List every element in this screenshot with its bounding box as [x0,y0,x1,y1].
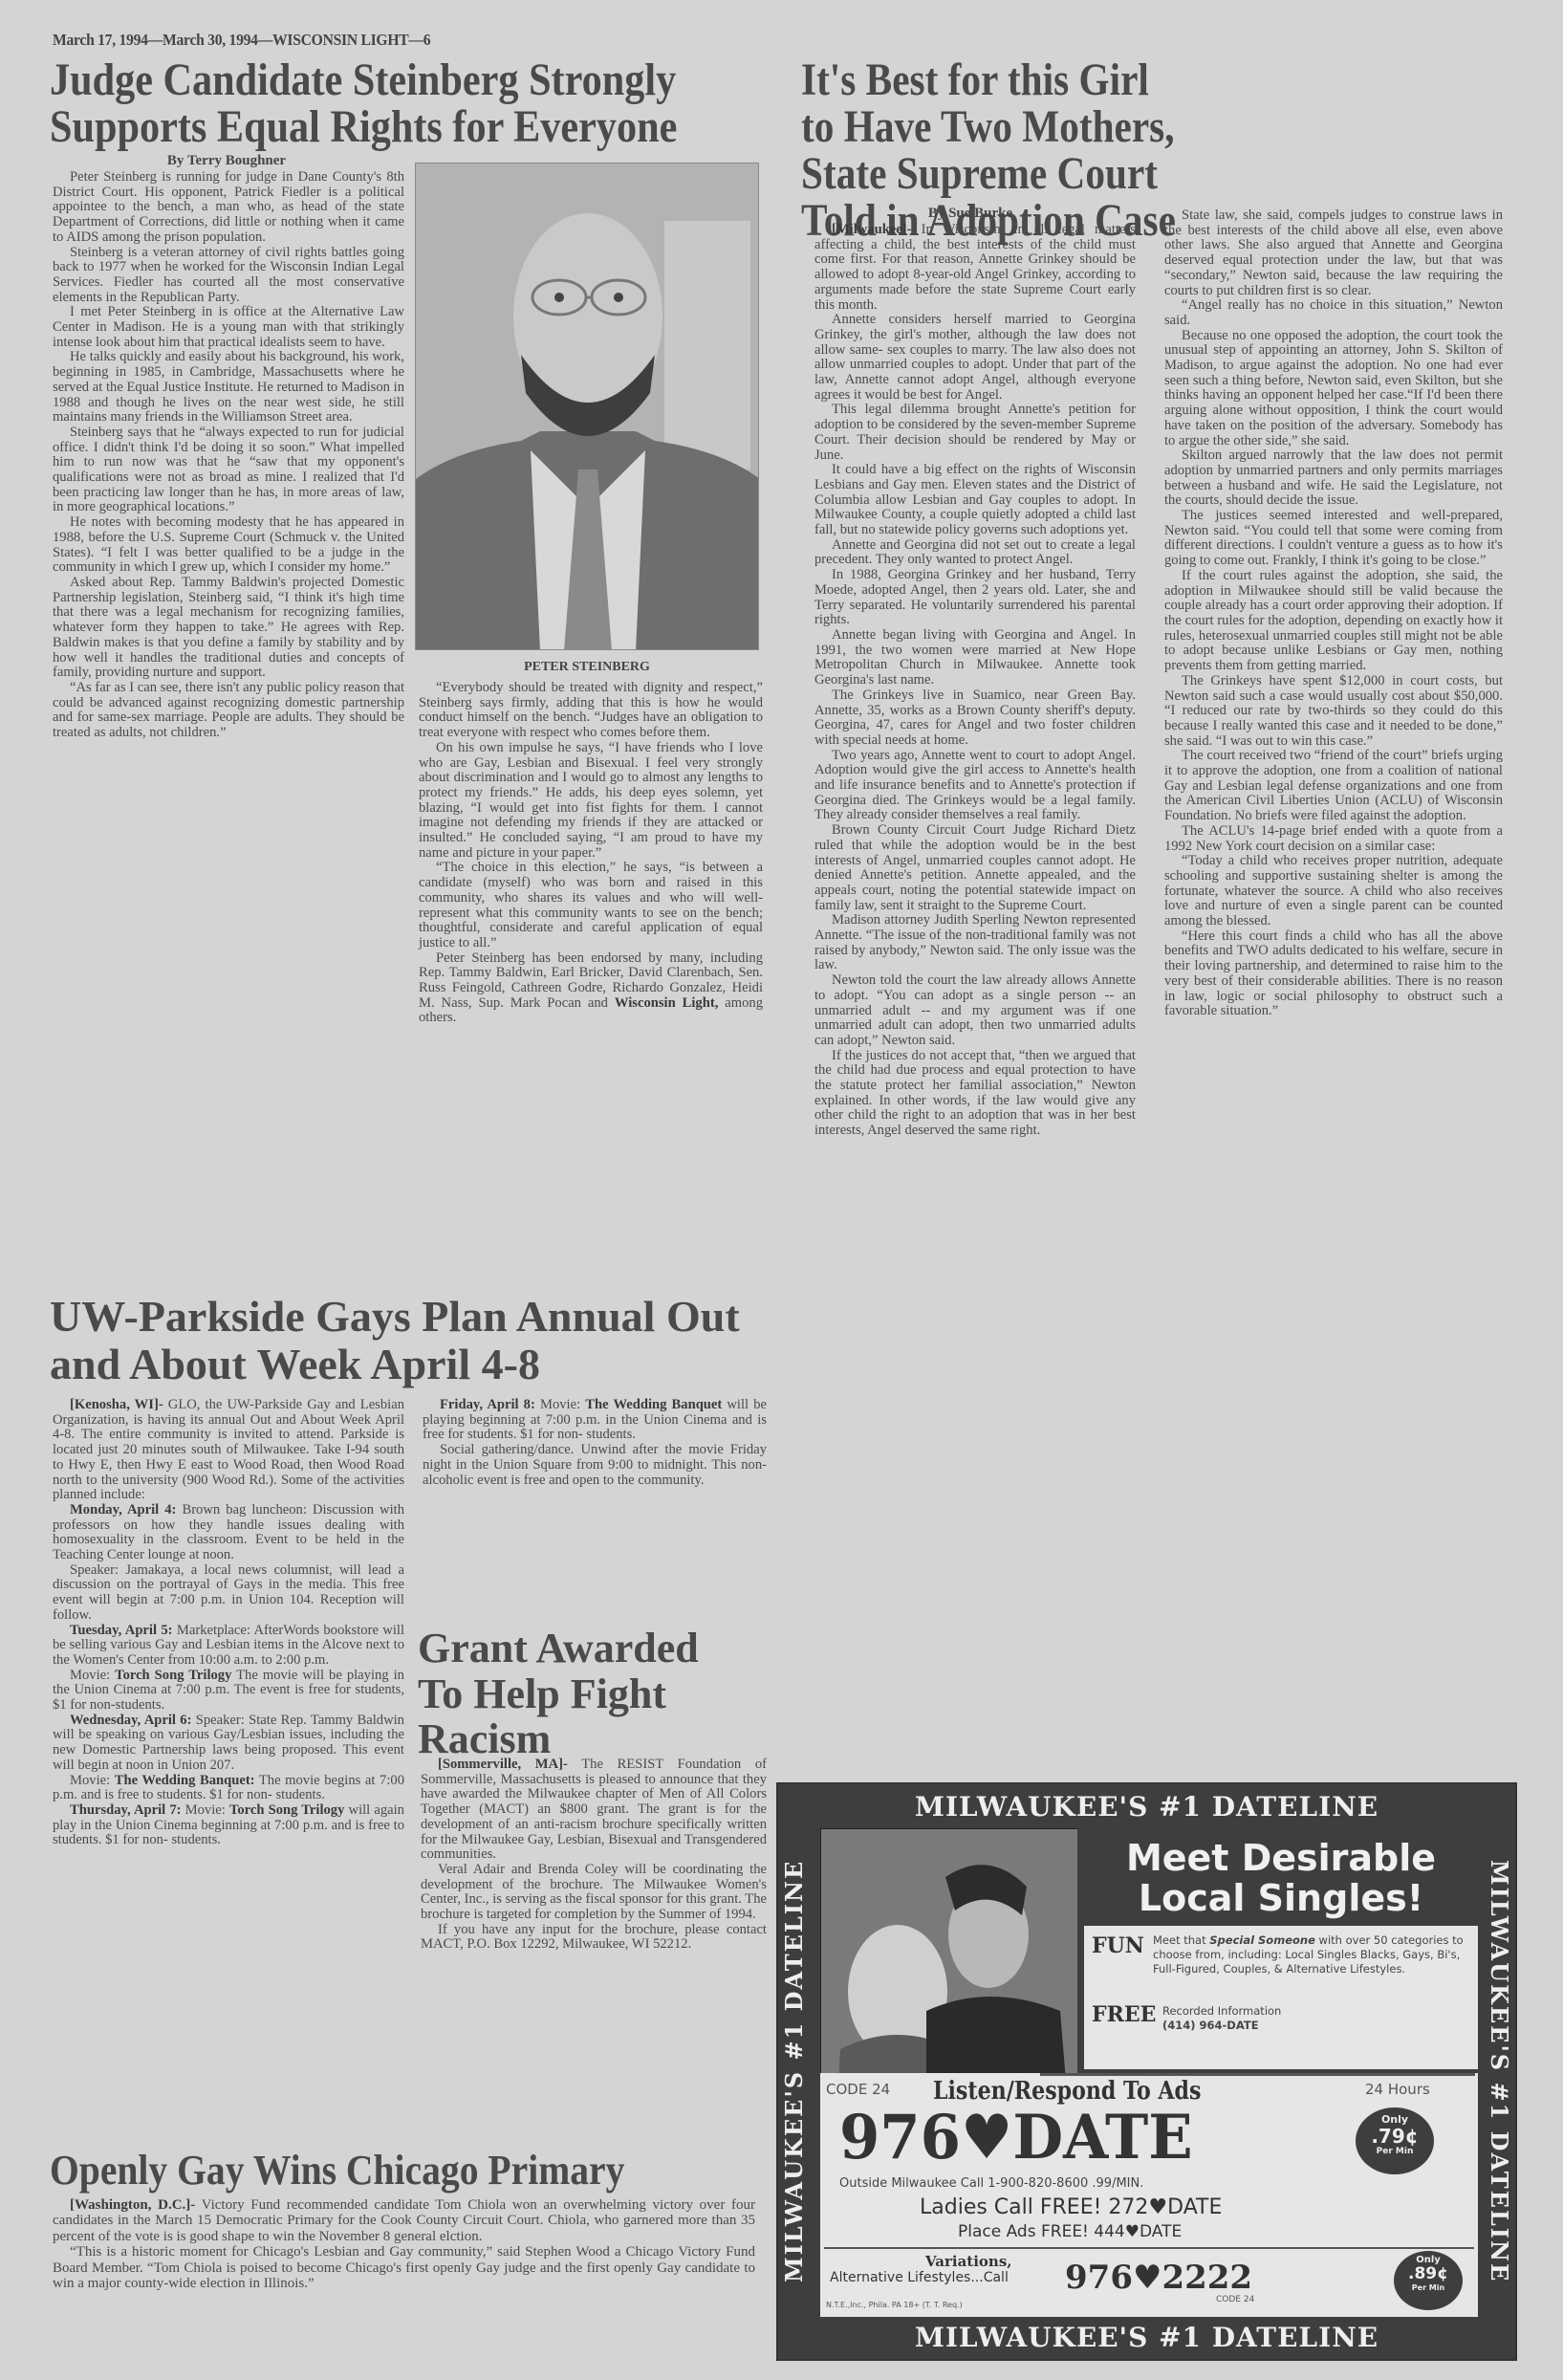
parkside-column-2: Friday, April 8: Movie: The Wedding Banq… [423,1398,767,1488]
divider [1040,2073,1475,2076]
fine-print: N.T.E.,Inc., Phila. PA 18+ (T. T. Req.) [826,2301,963,2309]
paragraph: Friday, April 8: Movie: The Wedding Banq… [423,1398,767,1443]
parkside-column-1: [Kenosha, WI]- GLO, the UW-Parkside Gay … [53,1398,404,1848]
dateline: [Sommerville, MA]- [438,1757,568,1772]
paragraph: State law, she said, compels judges to c… [1164,208,1503,298]
paragraph: “The choice in this election,” he says, … [419,861,763,950]
paragraph: Annette began living with Georgina and A… [814,628,1136,688]
hours-label: 24 Hours [1365,2081,1430,2098]
steinberg-column-2: “Everybody should be treated with dignit… [419,681,763,1026]
paragraph: Because no one opposed the adoption, the… [1164,329,1503,449]
paragraph: Movie: The Wedding Banquet: The movie be… [53,1774,404,1803]
phone-976-2222: 976♥2222 [1065,2259,1252,2297]
ad-body: CODE 24 Listen/Respond To Ads 24 Hours 9… [820,2073,1478,2317]
photo-caption: PETER STEINBERG [415,660,759,675]
free-phone: (414) 964-DATE [1162,2019,1449,2033]
paragraph: Peter Steinberg has been endorsed by man… [419,951,763,1027]
adoption-column-1: [Milwaukee]- In Wisconsin, in all legal … [814,223,1136,1139]
photo-peter-steinberg [415,163,759,650]
paragraph: “Today a child who receives proper nutri… [1164,854,1503,929]
paragraph: Steinberg says that he “always expected … [53,426,404,515]
paragraph: Newton told the court the law already al… [814,973,1136,1049]
fun-text-emphasis: Special Someone [1209,1933,1315,1947]
dateline-advertisement: MILWAUKEE'S #1 DATELINE MILWAUKEE'S #1 D… [776,1782,1517,2361]
fun-text-pre: Meet that [1153,1933,1209,1947]
paragraph: [Kenosha, WI]- GLO, the UW-Parkside Gay … [53,1398,404,1503]
adoption-column-2: State law, she said, compels judges to c… [1164,208,1503,1019]
place-ads-free: Place Ads FREE! 444♥DATE [958,2222,1182,2241]
paragraph: Social gathering/dance. Unwind after the… [423,1443,767,1488]
ad-banner-bottom: MILWAUKEE'S #1 DATELINE [778,2319,1515,2357]
paragraph: If the justices do not accept that, “the… [814,1049,1136,1139]
paragraph: In 1988, Georgina Grinkey and her husban… [814,568,1136,628]
phone-976-date: 976♥DATE [839,2106,1193,2171]
endorsement-paper-name: Wisconsin Light, [615,995,718,1011]
ad-info-box: FUN Meet that Special Someone with over … [1084,1926,1478,2069]
free-line-1: Recorded Information [1162,2004,1449,2019]
steinberg-column-1: Peter Steinberg is running for judge in … [53,170,404,741]
dateline: [Milwaukee]- [832,222,912,237]
day-label: Friday, April 8: [440,1397,535,1412]
dateline: [Washington, D.C.]- [70,2197,195,2213]
paragraph: Annette considers herself married to Geo… [814,313,1136,403]
free-label: FREE [1092,2002,1156,2027]
paragraph: “Everybody should be treated with dignit… [419,681,763,741]
paragraph: Wednesday, April 6: Speaker: State Rep. … [53,1714,404,1774]
chicago-body: [Washington, D.C.]- Victory Fund recomme… [53,2197,755,2291]
paragraph: Skilton argued narrowly that the law doe… [1164,448,1503,509]
paragraph: Brown County Circuit Court Judge Richard… [814,823,1136,913]
paragraph: Thursday, April 7: Movie: Torch Song Tri… [53,1803,404,1848]
paragraph: He notes with becoming modesty that he h… [53,515,404,576]
ladies-call-free: Ladies Call FREE! 272♥DATE [920,2195,1222,2219]
paragraph: Veral Adair and Brenda Coley will be coo… [421,1863,767,1923]
free-text: Recorded Information (414) 964-DATE [1162,2004,1449,2033]
day-label: Tuesday, April 5: [70,1623,173,1638]
headline-parkside: UW-Parkside Gays Plan Annual Out and Abo… [50,1293,748,1387]
movie-title: Torch Song Trilogy [229,1802,344,1818]
ad-headline: Meet Desirable Local Singles! [1086,1838,1476,1918]
event-text: Movie: [535,1397,585,1412]
movie-title: Torch Song Trilogy [115,1668,231,1683]
paragraph: [Sommerville, MA]- The RESIST Foundation… [421,1758,767,1863]
ad-banner-right: MILWAUKEE'S #1 DATELINE [1475,1832,1513,2310]
grant-column: [Sommerville, MA]- The RESIST Foundation… [421,1758,767,1953]
headline-steinberg: Judge Candidate Steinberg Strongly Suppo… [50,57,740,151]
burst-per-min: Per Min [1356,2147,1434,2156]
paragraph: This legal dilemma brought Annette's pet… [814,403,1136,463]
paragraph: Annette and Georgina did not set out to … [814,538,1136,568]
divider [824,2247,1474,2249]
paragraph: Steinberg is a veteran attorney of civil… [53,246,404,306]
price-burst-79: Only .79¢ Per Min [1356,2107,1434,2174]
paragraph: I met Peter Steinberg in is office at th… [53,305,404,350]
day-label: Wednesday, April 6: [70,1713,191,1728]
paragraph: “As far as I can see, there isn't any pu… [53,681,404,741]
paragraph: Speaker: Jamakaya, a local news columnis… [53,1563,404,1624]
variations-label: Variations, [925,2253,1012,2270]
paragraph: [Washington, D.C.]- Victory Fund recomme… [53,2197,755,2244]
paragraph: “This is a historic moment for Chicago's… [53,2244,755,2291]
paragraph: The court received two “friend of the co… [1164,749,1503,824]
paragraph: The ACLU's 14-page brief ended with a qu… [1164,824,1503,854]
paragraph: Movie: Torch Song Trilogy The movie will… [53,1669,404,1714]
event-text: Movie: [70,1773,115,1788]
event-text: Movie: [70,1668,115,1683]
paragraph: He talks quickly and easily about his ba… [53,350,404,426]
movie-title: The Wedding Banquet [585,1397,722,1412]
ad-banner-left: MILWAUKEE'S #1 DATELINE [780,1832,818,2310]
lead-text: GLO, the UW-Parkside Gay and Lesbian Org… [53,1397,404,1502]
fun-label: FUN [1092,1933,1144,1958]
byline-adoption: By Sue Burke [808,206,1133,222]
day-label: Thursday, April 7: [70,1802,182,1818]
paragraph: If the court rules against the adoption,… [1164,569,1503,674]
paragraph: It could have a big effect on the rights… [814,463,1136,538]
paragraph: On his own impulse he says, “I have frie… [419,741,763,862]
paragraph: The Grinkeys have spent $12,000 in court… [1164,674,1503,750]
paragraph: Madison attorney Judith Sperling Newton … [814,913,1136,973]
paragraph: Tuesday, April 5: Marketplace: AfterWord… [53,1624,404,1669]
paragraph: If you have any input for the brochure, … [421,1923,767,1953]
byline-steinberg: By Terry Boughner [50,153,403,169]
alt-lifestyles: Alternative Lifestyles...Call [830,2270,1009,2285]
fun-text: Meet that Special Someone with over 50 c… [1153,1933,1468,1976]
burst-price: .89¢ [1394,2265,1463,2283]
paragraph: Two years ago, Annette went to court to … [814,749,1136,824]
headline-chicago: Openly Gay Wins Chicago Primary [50,2150,824,2193]
code-label-2: CODE 24 [1216,2295,1254,2304]
burst-per-min: Per Min [1394,2283,1463,2292]
paragraph: [Milwaukee]- In Wisconsin, in all legal … [814,223,1136,313]
paragraph: Peter Steinberg is running for judge in … [53,170,404,246]
ad-banner-top: MILWAUKEE'S #1 DATELINE [778,1788,1515,1826]
event-text: Movie: [182,1802,229,1818]
paragraph: Asked about Rep. Tammy Baldwin's project… [53,576,404,681]
movie-title: The Wedding Banquet: [115,1773,255,1788]
paragraph: The Grinkeys live in Suamico, near Green… [814,688,1136,749]
portrait-illustration-icon [416,164,759,650]
paragraph: The justices seemed interested and well-… [1164,509,1503,569]
day-label: Monday, April 4: [70,1502,176,1518]
dateline: [Kenosha, WI]- [70,1397,163,1412]
burst-price: .79¢ [1356,2126,1434,2147]
paragraph: “Angel really has no choice in this situ… [1164,298,1503,328]
outside-milwaukee: Outside Milwaukee Call 1-900-820-8600 .9… [839,2176,1143,2191]
paragraph: Monday, April 4: Brown bag luncheon: Dis… [53,1503,404,1563]
page-folio: March 17, 1994—March 30, 1994—WISCONSIN … [53,31,430,50]
lead-text: The RESIST Foundation of Sommerville, Ma… [421,1757,767,1862]
price-burst-89: Only .89¢ Per Min [1394,2251,1463,2310]
headline-grant: Grant Awarded To Help Fight Racism [418,1626,743,1762]
code-label: CODE 24 [826,2081,890,2098]
paragraph: “Here this court finds a child who has a… [1164,929,1503,1019]
